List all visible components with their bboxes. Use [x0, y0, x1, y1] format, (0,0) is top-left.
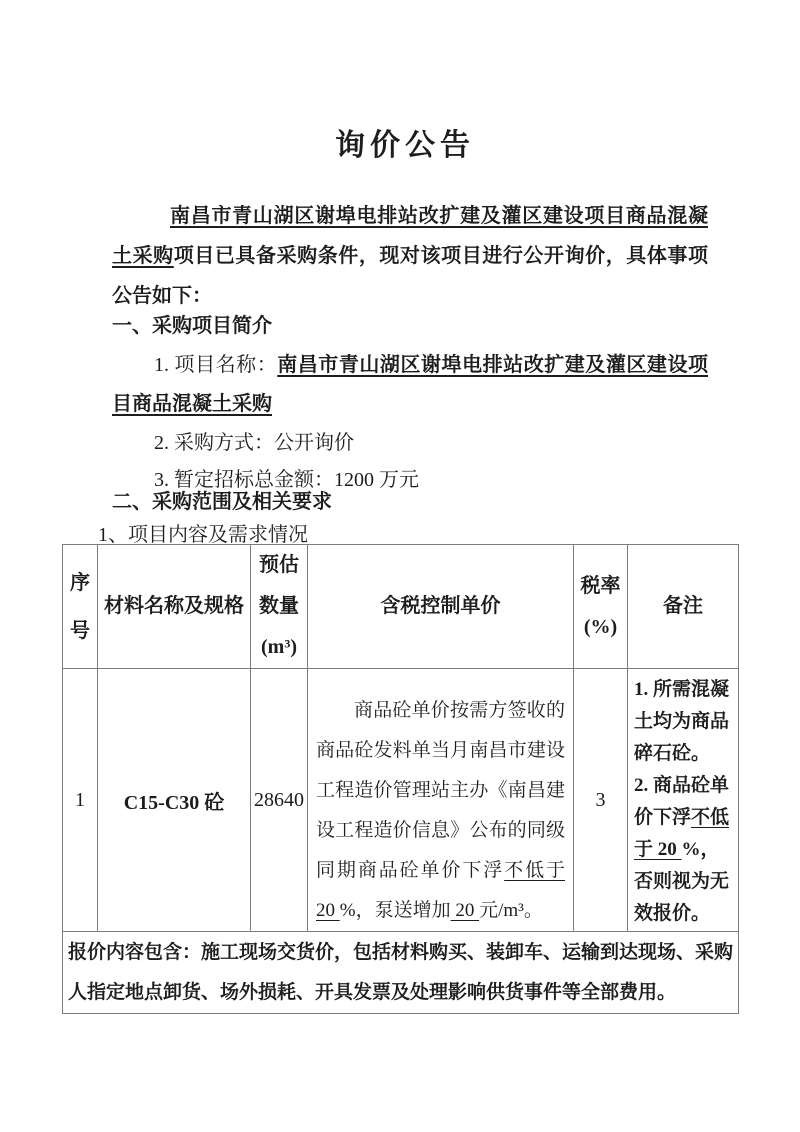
header-seq-text: 序号	[63, 559, 97, 655]
header-remark: 备注	[628, 545, 739, 669]
document-page: 询价公告 南昌市青山湖区谢埠电排站改扩建及灌区建设项目商品混凝土采购项目已具备采…	[0, 0, 800, 1132]
header-tax-line1: 税率	[574, 566, 627, 607]
table-header-row: 序号 材料名称及规格 预估 数量 (m³) 含税控制单价 税率 (%) 备注	[63, 545, 739, 669]
price-part-5: 元/m³。	[479, 900, 543, 921]
price-part-3: %，泵送增加	[340, 900, 451, 921]
cell-material: C15-C30 砼	[98, 669, 251, 932]
section1-item1: 1. 项目名称：南昌市青山湖区谢埠电排站改扩建及灌区建设项目商品混凝土采购	[112, 346, 708, 424]
header-qty-line1: 预估	[251, 545, 307, 586]
cell-seq: 1	[63, 669, 98, 932]
cell-remark: 1. 所需混凝土均为商品碎石砼。 2. 商品砼单价下浮不低于 20 %，否则视为…	[628, 669, 739, 932]
page-title: 询价公告	[0, 120, 800, 164]
header-tax-line2: (%)	[574, 607, 627, 648]
header-qty-line3: (m³)	[251, 627, 307, 668]
cell-price: 商品砼单价按需方签收的商品砼发料单当月南昌市建设工程造价管理站主办《南昌建设工程…	[308, 669, 574, 932]
price-paragraph: 商品砼单价按需方签收的商品砼发料单当月南昌市建设工程造价管理站主办《南昌建设工程…	[308, 669, 573, 931]
intro-rest-text: 项目已具备采购条件，现对该项目进行公开询价，具体事项公告如下：	[112, 245, 708, 307]
price-part-1: 商品砼单价按需方签收的商品砼发料单当月南昌市建设工程造价管理站主办《南昌建设工程…	[316, 700, 565, 881]
header-qty: 预估 数量 (m³)	[251, 545, 308, 669]
header-price: 含税控制单价	[308, 545, 574, 669]
intro-paragraph: 南昌市青山湖区谢埠电排站改扩建及灌区建设项目商品混凝土采购项目已具备采购条件，现…	[112, 196, 708, 316]
remark-item-2: 2. 商品砼单价下浮不低于 20 %，否则视为无效报价。	[628, 770, 738, 930]
requirements-table: 序号 材料名称及规格 预估 数量 (m³) 含税控制单价 税率 (%) 备注 1…	[62, 544, 739, 1014]
footer-note: 报价内容包含：施工现场交货价，包括材料购买、装卸车、运输到达现场、采购人指定地点…	[63, 932, 739, 1014]
header-seq: 序号	[63, 545, 98, 669]
header-qty-line2: 数量	[251, 586, 307, 627]
remark-item-1: 1. 所需混凝土均为商品碎石砼。	[628, 674, 738, 770]
section1-item2: 2. 采购方式：公开询价	[112, 423, 708, 463]
section1-heading: 一、采购项目简介	[112, 311, 708, 341]
header-tax: 税率 (%)	[574, 545, 628, 669]
cell-qty: 28640	[251, 669, 308, 932]
price-part-4-underlined: 20	[451, 900, 480, 921]
section2-heading: 二、采购范围及相关要求	[112, 487, 708, 517]
table-footer-row: 报价内容包含：施工现场交货价，包括材料购买、装卸车、运输到达现场、采购人指定地点…	[63, 932, 739, 1014]
table-data-row: 1 C15-C30 砼 28640 商品砼单价按需方签收的商品砼发料单当月南昌市…	[63, 669, 739, 932]
header-material: 材料名称及规格	[98, 545, 251, 669]
item1-label: 1. 项目名称：	[154, 354, 277, 376]
cell-tax-rate: 3	[574, 669, 628, 932]
